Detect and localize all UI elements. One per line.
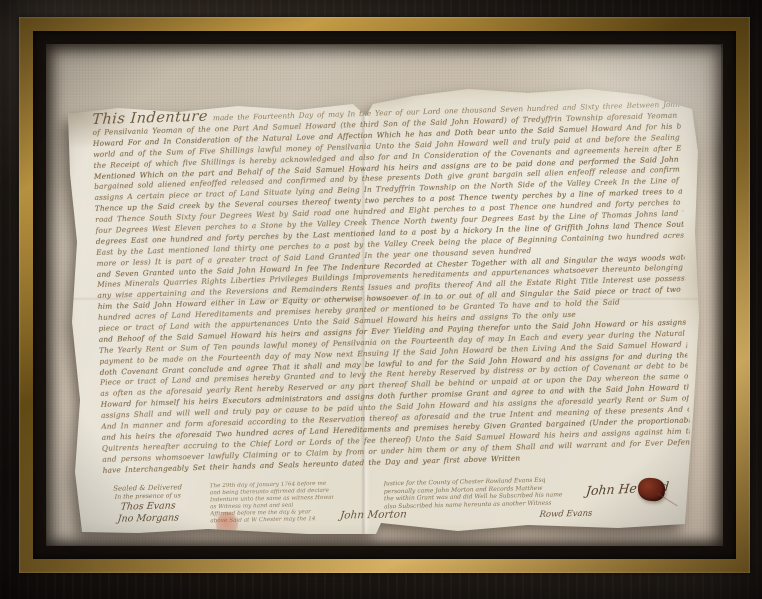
parchment-edge-shading [58, 82, 708, 542]
parchment-document: This Indenture made the Fourteenth Day o… [58, 82, 708, 542]
framed-document-photo: This Indenture made the Fourteenth Day o… [0, 0, 762, 599]
parchment-shadow: This Indenture made the Fourteenth Day o… [58, 82, 708, 542]
